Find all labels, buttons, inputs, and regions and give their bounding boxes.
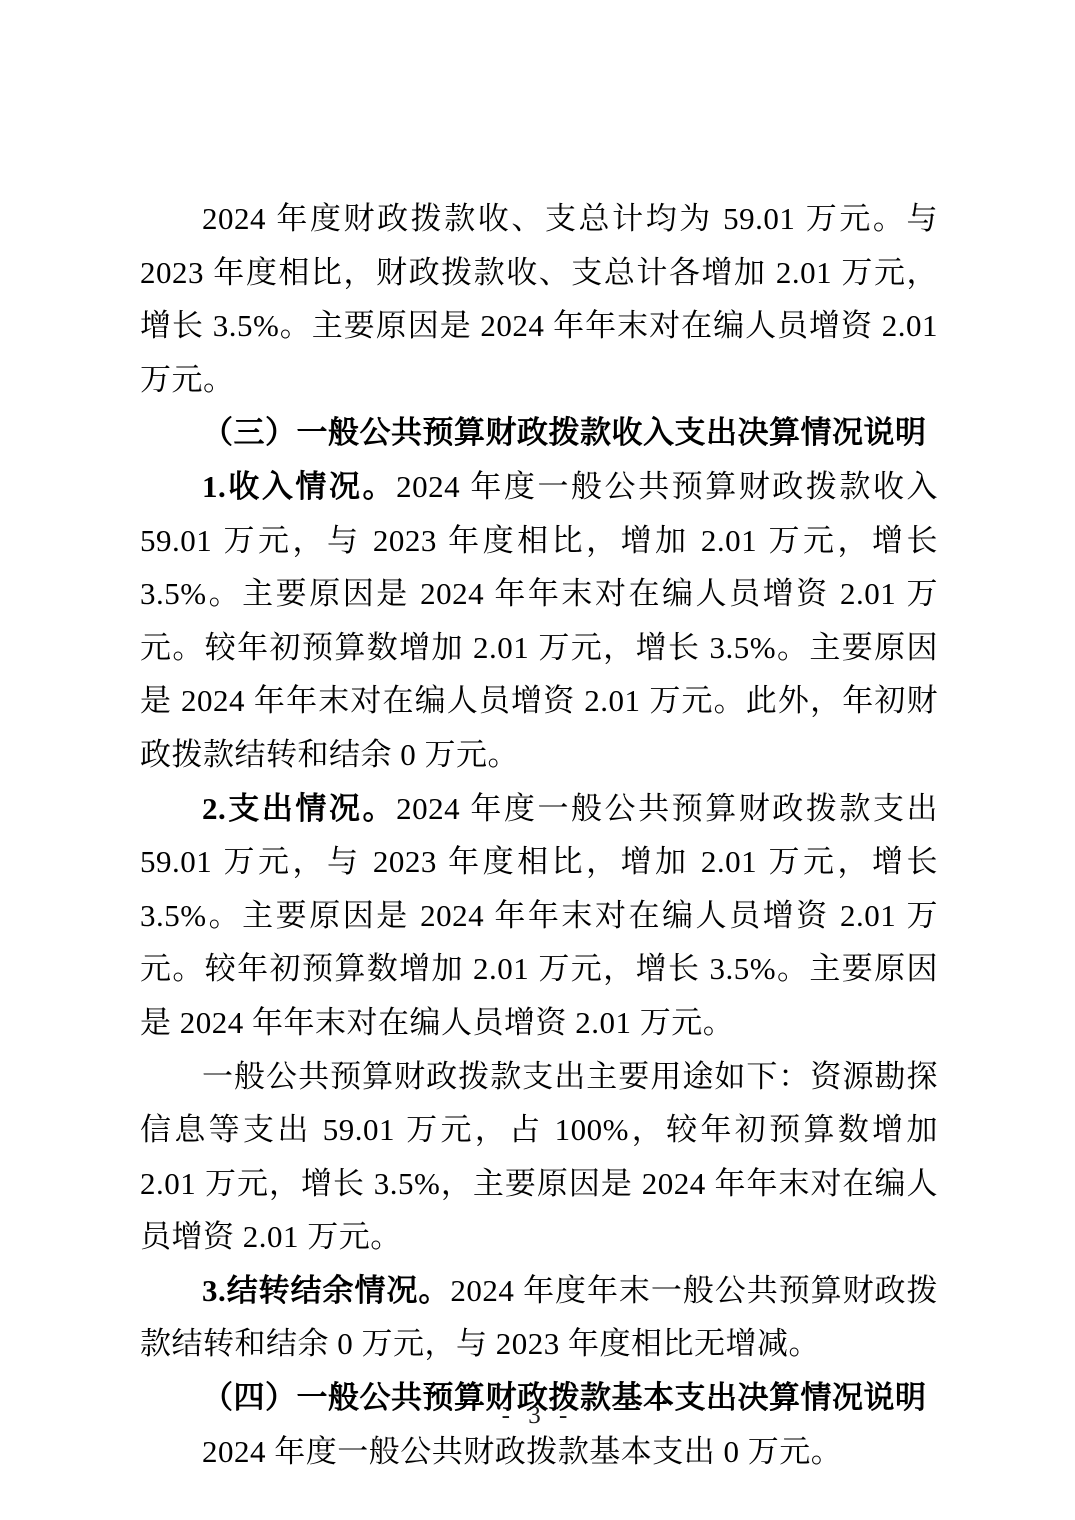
para-carryover-situation: 3.结转结余情况。2024 年度年末一般公共预算财政拨款结转和结余 0 万元，与… [140,1264,938,1371]
paragraph-text: 2024 年度财政拨款收、支总计均为 59.01 万元。与 2023 年度相比，… [140,201,938,397]
document-body: 2024 年度财政拨款收、支总计均为 59.01 万元。与 2023 年度相比，… [140,192,938,1478]
para-expenditure-purpose: 一般公共预算财政拨款支出主要用途如下：资源勘探信息等支出 59.01 万元，占 … [140,1050,938,1264]
para-fiscal-appropriation-total: 2024 年度财政拨款收、支总计均为 59.01 万元。与 2023 年度相比，… [140,192,938,406]
para-lead-expenditure: 2.支出情况。 [202,791,396,826]
document-page: 2024 年度财政拨款收、支总计均为 59.01 万元。与 2023 年度相比，… [0,0,1075,1520]
para-expenditure-situation: 2.支出情况。2024 年度一般公共预算财政拨款支出 59.01 万元，与 20… [140,782,938,1050]
heading-section-three: （三）一般公共预算财政拨款收入支出决算情况说明 [140,406,938,460]
para-income-situation: 1.收入情况。2024 年度一般公共预算财政拨款收入 59.01 万元，与 20… [140,460,938,782]
para-basic-expenditure: 2024 年度一般公共财政拨款基本支出 0 万元。 [140,1425,938,1479]
paragraph-text: 2024 年度一般公共预算财政拨款收入 59.01 万元，与 2023 年度相比… [140,469,938,772]
paragraph-text: 一般公共预算财政拨款支出主要用途如下：资源勘探信息等支出 59.01 万元，占 … [140,1059,938,1255]
para-lead-carryover: 3.结转结余情况。 [202,1273,450,1308]
heading-text: （三）一般公共预算财政拨款收入支出决算情况说明 [202,415,927,450]
paragraph-text: 2024 年度一般公共财政拨款基本支出 0 万元。 [202,1434,842,1469]
paragraph-text: 2024 年度一般公共预算财政拨款支出 59.01 万元，与 2023 年度相比… [140,791,938,1040]
page-number: - 3 - [0,1400,1075,1432]
para-lead-income: 1.收入情况。 [202,469,396,504]
